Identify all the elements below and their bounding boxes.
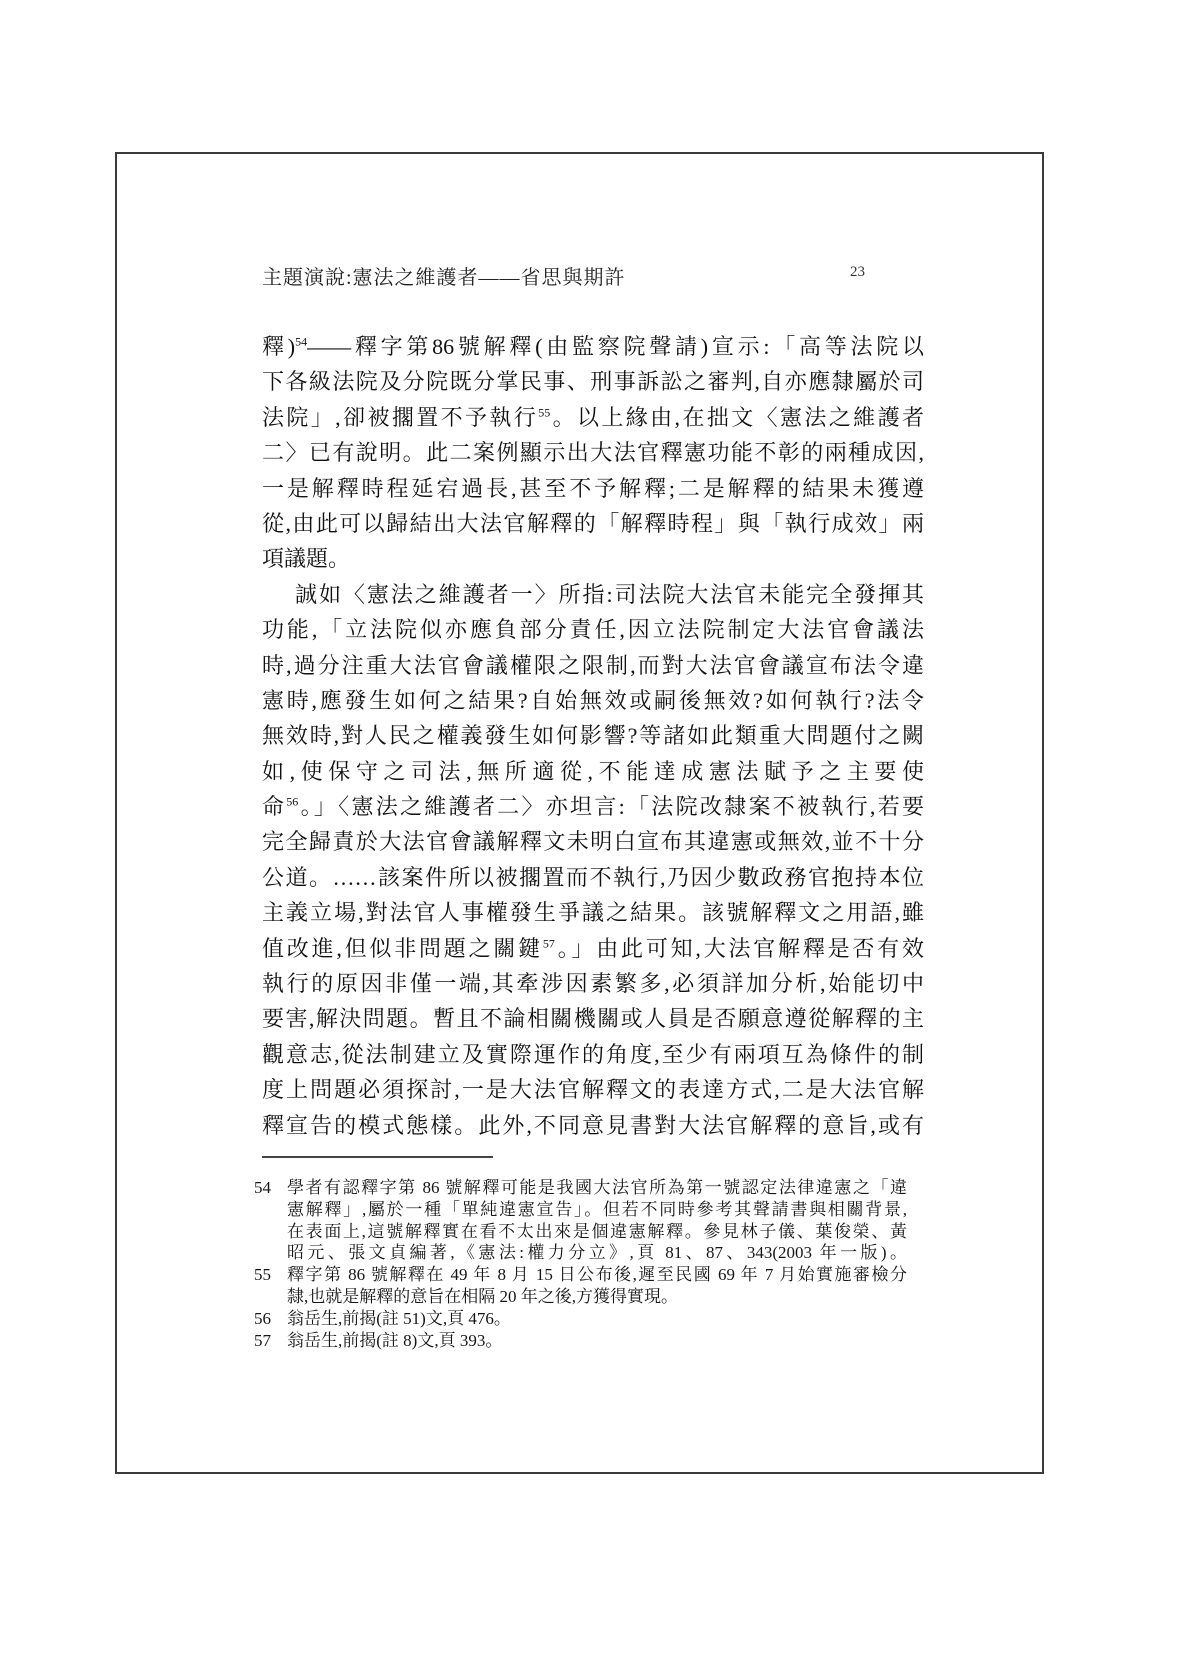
footnote-ref: 54 [295, 335, 307, 349]
text-line: 下各級法院及分院既分掌民事、刑事訴訟之審判,自亦應隸屬於司 [262, 364, 924, 399]
text-line: 釋)54——釋字第86號解釋(由監察院聲請)宣示:「高等法院以 [262, 329, 924, 364]
footnote-number: 56 [254, 1308, 287, 1330]
footnote: 54學者有認釋字第 86 號解釋可能是我國大法官所為第一號認定法律違憲之「違憲解… [254, 1177, 907, 1264]
text-line: 一是解釋時程延宕過長,甚至不予解釋;二是解釋的結果未獲遵 [262, 471, 924, 506]
text-line: 憲時,應發生如何之結果?自始無效或嗣後無效?如何執行?法令 [262, 683, 924, 718]
page-number: 23 [850, 264, 865, 281]
footnote-ref: 56 [286, 795, 298, 809]
paragraph: 釋)54——釋字第86號解釋(由監察院聲請)宣示:「高等法院以下各級法院及分院既… [262, 329, 924, 577]
text-line: 功能,「立法院似亦應負部分責任,因立法院制定大法官會議法 [262, 612, 924, 647]
text-line: 二〉已有說明。此二案例顯示出大法官釋憲功能不彰的兩種成因, [262, 435, 924, 470]
text-line: 時,過分注重大法官會議權限之限制,而對大法官會議宣布法令違 [262, 648, 924, 683]
footnotes: 54學者有認釋字第 86 號解釋可能是我國大法官所為第一號認定法律違憲之「違憲解… [254, 1177, 907, 1351]
body-text: 釋)54——釋字第86號解釋(由監察院聲請)宣示:「高等法院以下各級法院及分院既… [262, 329, 924, 1143]
footnote-ref: 55 [538, 405, 550, 419]
text-line: 從,由此可以歸結出大法官解釋的「解釋時程」與「執行成效」兩 [262, 506, 924, 541]
text-line: 釋字第 86 號解釋在 49 年 8 月 15 日公布後,遲至民國 69 年 7… [287, 1264, 907, 1286]
text-line: 昭元、張文貞編著,《憲法:權力分立》,頁 81、87、343(2003 年一版)… [287, 1242, 907, 1264]
text-line: 誠如〈憲法之維護者一〉所指:司法院大法官未能完全發揮其 [262, 577, 924, 612]
text-line: 無效時,對人民之權義發生如何影響?等諸如此類重大問題付之闕 [262, 718, 924, 753]
text-line: 學者有認釋字第 86 號解釋可能是我國大法官所為第一號認定法律違憲之「違 [287, 1177, 907, 1199]
page-frame: 主題演說:憲法之維護者——省思與期許 23 釋)54——釋字第86號解釋(由監察… [115, 152, 1044, 1474]
footnote-ref: 57 [543, 936, 555, 950]
text-line: 如,使保守之司法,無所適從,不能達成憲法賦予之主要使 [262, 754, 924, 789]
text-line: 項議題。 [262, 541, 924, 576]
footnote-number: 54 [254, 1177, 287, 1264]
footnote: 56翁岳生,前揭(註 51)文,頁 476。 [254, 1308, 907, 1330]
text-line: 度上問題必須探討,一是大法官解釋文的表達方式,二是大法官解 [262, 1072, 924, 1107]
text-line: 法院」,卻被擱置不予執行55。以上緣由,在拙文〈憲法之維護者 [262, 400, 924, 435]
footnote-text: 釋字第 86 號解釋在 49 年 8 月 15 日公布後,遲至民國 69 年 7… [287, 1264, 907, 1308]
text-line: 主義立場,對法官人事權發生爭議之結果。該號解釋文之用語,雖 [262, 895, 924, 930]
footnote-text: 翁岳生,前揭(註 51)文,頁 476。 [287, 1308, 907, 1330]
text-line: 要害,解決問題。暫且不論相關機關或人員是否願意遵從解釋的主 [262, 1001, 924, 1036]
text-line: 翁岳生,前揭(註 8)文,頁 393。 [287, 1330, 907, 1352]
footnote: 55釋字第 86 號解釋在 49 年 8 月 15 日公布後,遲至民國 69 年… [254, 1264, 907, 1308]
footnote-text: 學者有認釋字第 86 號解釋可能是我國大法官所為第一號認定法律違憲之「違憲解釋」… [287, 1177, 907, 1264]
footnote-number: 55 [254, 1264, 287, 1308]
text-line: 在表面上,這號解釋實在看不太出來是個違憲解釋。參見林子儀、葉俊榮、黃 [287, 1221, 907, 1243]
footnote-number: 57 [254, 1330, 287, 1352]
footnote: 57翁岳生,前揭(註 8)文,頁 393。 [254, 1330, 907, 1352]
text-line: 隸,也就是解釋的意旨在相隔 20 年之後,方獲得實現。 [287, 1286, 907, 1308]
paragraph: 誠如〈憲法之維護者一〉所指:司法院大法官未能完全發揮其功能,「立法院似亦應負部分… [262, 577, 924, 1143]
text-line: 完全歸責於大法官會議解釋文未明白宣布其違憲或無效,並不十分 [262, 824, 924, 859]
text-line: 值改進,但似非問題之關鍵57。」由此可知,大法官解釋是否有效 [262, 931, 924, 966]
text-line: 觀意志,從法制建立及實際運作的角度,至少有兩項互為條件的制 [262, 1037, 924, 1072]
text-line: 釋宣告的模式態樣。此外,不同意見書對大法官解釋的意旨,或有 [262, 1108, 924, 1143]
text-line: 憲解釋」,屬於一種「單純違憲宣告」。但若不同時參考其聲請書與相關背景, [287, 1199, 907, 1221]
text-line: 翁岳生,前揭(註 51)文,頁 476。 [287, 1308, 907, 1330]
text-line: 執行的原因非僅一端,其牽涉因素繁多,必須詳加分析,始能切中 [262, 966, 924, 1001]
text-line: 公道。……該案件所以被擱置而不執行,乃因少數政務官抱持本位 [262, 860, 924, 895]
footnote-separator [262, 1156, 493, 1158]
footnote-text: 翁岳生,前揭(註 8)文,頁 393。 [287, 1330, 907, 1352]
running-title: 主題演說:憲法之維護者——省思與期許 [262, 261, 626, 290]
text-line: 命56。」〈憲法之維護者二〉亦坦言:「法院改隸案不被執行,若要 [262, 789, 924, 824]
